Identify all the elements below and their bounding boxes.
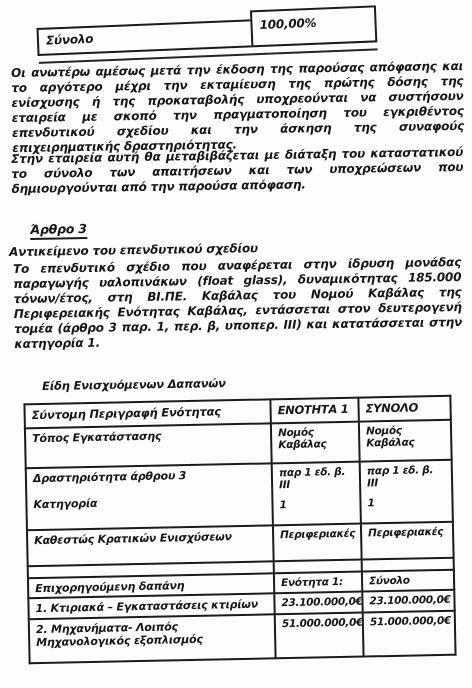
- table-row-machinery: 2. Μηχανήματα- Λοιπός Μηχανολογικός εξοπ…: [29, 611, 456, 664]
- activity-section1-line1: παρ 1 εδ. β. ΙΙΙ: [279, 466, 355, 492]
- article-3-heading-text: Άρθρο 3: [30, 221, 87, 240]
- activity-label-line2: Κατηγορία: [33, 493, 267, 511]
- activity-section1-line2: 1: [279, 498, 355, 512]
- expenses-table-caption: Είδη Ενισχυόμενων Δαπανών: [42, 376, 226, 393]
- activity-label-cell: Δραστηριότητα άρθρου 3 Κατηγορία: [26, 463, 273, 530]
- header-total-cell: ΣΥΝΟΛΟ: [358, 396, 450, 422]
- article-3-heading: Άρθρο 3: [30, 221, 87, 237]
- table-row-activity-category: Δραστηριότητα άρθρου 3 Κατηγορία παρ 1 ε…: [26, 460, 453, 531]
- aid-scheme-section1-cell: Περιφεριακές: [273, 524, 362, 562]
- totals-label-cell: Σύνολο: [36, 19, 251, 56]
- location-total-cell: Νομός Καβάλας: [359, 420, 452, 462]
- subsidized-expense-total-cell: Σύνολο: [362, 570, 454, 592]
- paragraph-transfer-of-rights: Στην εταιρεία αυτή θα μεταβιβάζεται με δ…: [11, 145, 464, 197]
- subsidized-expense-section1-cell: Ενότητα 1:: [274, 572, 362, 594]
- paragraph-company-obligation: Οι ανωτέρω αμέσως μετά την έκδοση της πα…: [11, 59, 464, 156]
- buildings-total-amount-cell: 23.100.000,0€: [362, 590, 454, 613]
- activity-section1-cell: παρ 1 εδ. β. ΙΙΙ 1: [272, 462, 361, 526]
- activity-total-line1: παρ 1 εδ. β. ΙΙΙ: [367, 464, 447, 490]
- aid-scheme-label-cell: Καθεστώς Κρατικών Ενισχύσεων: [27, 525, 274, 566]
- activity-total-cell: παρ 1 εδ. β. ΙΙΙ 1: [360, 460, 453, 524]
- machinery-label-cell: 2. Μηχανήματα- Λοιπός Μηχανολογικός εξοπ…: [29, 614, 276, 663]
- machinery-total-amount-cell: 51.000.000,0€: [363, 611, 456, 657]
- header-section1-cell: ΕΝΟΤΗΤΑ 1: [270, 398, 358, 424]
- activity-total-line2: 1: [367, 496, 447, 510]
- location-section1-cell: Νομός Καβάλας: [271, 422, 360, 464]
- paragraph-investment-plan: Το επενδυτικό σχέδιο που αναφέρεται στην…: [13, 255, 462, 352]
- aid-scheme-total-cell: Περιφεριακές: [361, 522, 454, 560]
- scanned-document-page: Σύνολο 100,00% Οι ανωτέρω αμέσως μετά τη…: [0, 0, 472, 688]
- expenses-table: Σύντομη Περιγραφή Ενότητας ΕΝΟΤΗΤΑ 1 ΣΥΝ…: [23, 395, 456, 665]
- activity-label-line1: Δραστηριότητα άρθρου 3: [33, 467, 267, 485]
- totals-table: Σύνολο 100,00%: [36, 2, 380, 68]
- machinery-section1-amount-cell: 51.000.000,0€: [275, 613, 364, 659]
- location-label-cell: Τόπος Εγκατάστασης: [25, 423, 272, 468]
- buildings-section1-amount-cell: 23.100.000,0€: [274, 592, 362, 615]
- article-3-subheading: Αντικείμενο του επενδυτικού σχεδίου: [9, 241, 258, 259]
- totals-value-cell: 100,00%: [250, 5, 377, 47]
